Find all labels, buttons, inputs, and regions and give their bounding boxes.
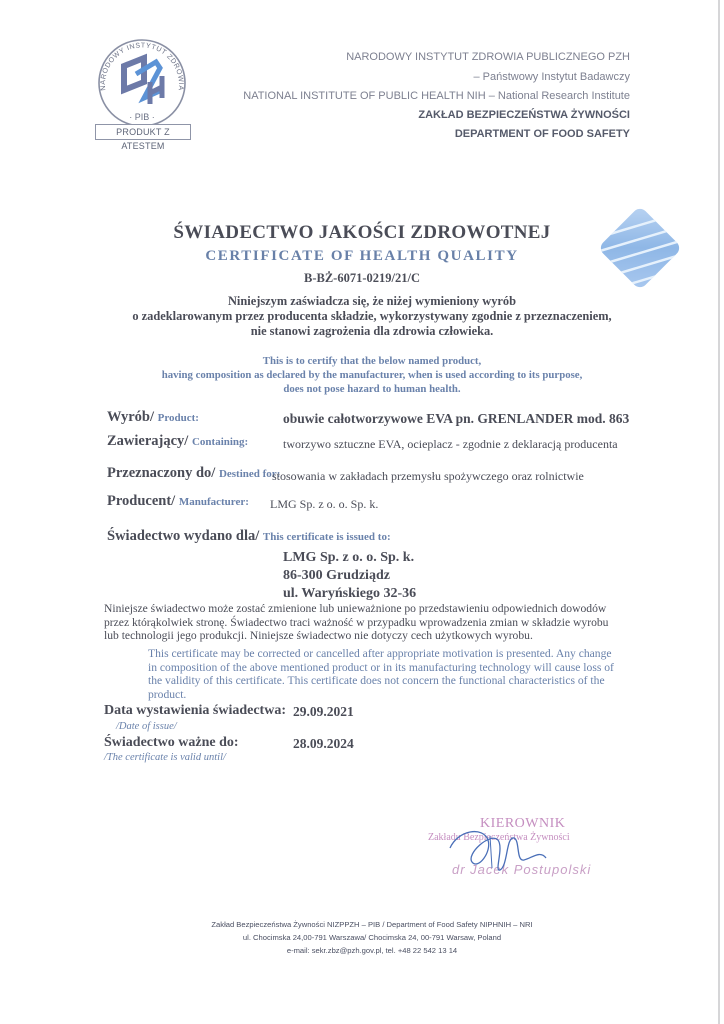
field-value-containing: tworzywo sztuczne EVA, ocieplacz - zgodn…: [283, 437, 618, 452]
field-label-product: Wyrób/ Product:: [107, 409, 199, 426]
issued-to-address: LMG Sp. z o. o. Sp. k. 86-300 Grudziądz …: [283, 549, 416, 603]
produkt-z-atestem-badge: PRODUKT Z ATESTEM: [95, 124, 191, 140]
notice-en: This certificate may be corrected or can…: [148, 647, 648, 701]
intro-statement-pl: Niniejszym zaświadcza się, że niżej wymi…: [0, 294, 724, 339]
pzh-logo: NARODOWY INSTYTUT ZDROWIA PUBLICZNEGO · …: [92, 38, 192, 138]
issue-date-label-en: /Date of issue/: [116, 721, 177, 732]
field-value-destined-for: stosowania w zakładach przemysłu spożywc…: [272, 469, 584, 484]
hologram-diamond-icon: [590, 198, 690, 298]
field-label-manufacturer: Producent/ Manufacturer:: [107, 493, 249, 510]
pzh-emblem-icon: NARODOWY INSTYTUT ZDROWIA PUBLICZNEGO · …: [92, 38, 192, 138]
valid-until-label-en: /The certificate is valid until/: [104, 752, 226, 763]
handwritten-signature-icon: [428, 810, 618, 890]
issue-date-value: 29.09.2021: [293, 704, 354, 720]
footer-address: Zakład Bezpieczeństwa Żywności NIZPPZH –…: [0, 918, 724, 957]
field-label-destined-for: Przeznaczony do/ Destined for:: [107, 465, 280, 482]
intro-statement-en: This is to certify that the below named …: [0, 354, 724, 396]
director-signature-stamp: KIEROWNIK Zakładu Bezpieczeństwa Żywnośc…: [428, 810, 618, 890]
field-label-containing: Zawierający/ Containing:: [107, 433, 248, 450]
issue-date-label: Data wystawienia świadectwa:: [104, 703, 286, 719]
hologram-stamp: [590, 198, 690, 303]
institute-name-en: NATIONAL INSTITUTE OF PUBLIC HEALTH NIH …: [243, 90, 630, 102]
department-name-pl: ZAKŁAD BEZPIECZEŃSTWA ŻYWNOŚCI: [418, 109, 630, 121]
institute-subtitle-pl: – Państwowy Instytut Badawczy: [473, 71, 630, 83]
issued-to-label: Świadectwo wydano dla/ This certificate …: [107, 528, 391, 545]
institute-name-pl: NARODOWY INSTYTUT ZDROWIA PUBLICZNEGO PZ…: [346, 51, 630, 63]
valid-until-label: Świadectwo ważne do:: [104, 735, 239, 751]
field-value-manufacturer: LMG Sp. z o. o. Sp. k.: [270, 497, 378, 512]
department-name-en: DEPARTMENT OF FOOD SAFETY: [455, 128, 630, 140]
valid-until-value: 28.09.2024: [293, 736, 354, 752]
page-edge-line: [718, 0, 720, 1024]
notice-pl: Niniejsze świadectwo może zostać zmienio…: [104, 602, 644, 643]
field-value-product: obuwie całotworzywowe EVA pn. GRENLANDER…: [283, 411, 629, 427]
svg-text:· PIB ·: · PIB ·: [129, 112, 155, 122]
